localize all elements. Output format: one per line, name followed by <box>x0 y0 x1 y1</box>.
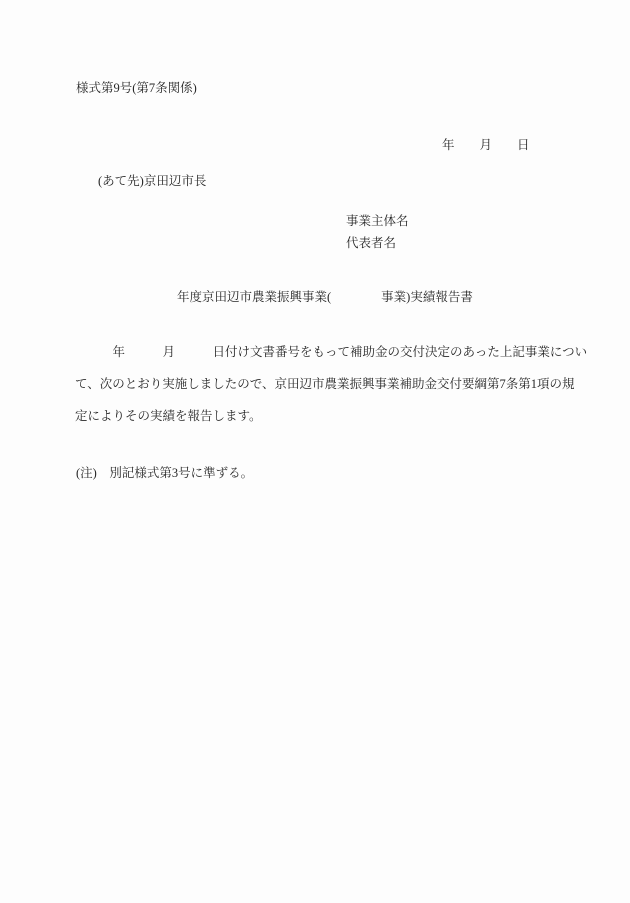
body-line-2: て、次のとおり実施しましたので、京田辺市農業振興事業補助金交付要綱第7条第1項の… <box>75 368 585 400</box>
note-line: (注) 別記様式第3号に準ずる。 <box>76 463 253 481</box>
body-paragraph: 年 月 日付け文書番号をもって補助金の交付決定のあった上記事業につい て、次のと… <box>75 336 585 432</box>
body-line-3: 定によりその実績を報告します。 <box>75 400 585 432</box>
document-title: 年度京田辺市農業振興事業( 事業)実績報告書 <box>177 287 473 305</box>
business-entity-label: 事業主体名 <box>346 211 409 229</box>
date-blank-line: 年 月 日 <box>442 135 530 153</box>
form-number: 様式第9号(第7条関係) <box>76 78 197 96</box>
document-page: 様式第9号(第7条関係) 年 月 日 (あて先)京田辺市長 事業主体名 代表者名… <box>0 0 630 903</box>
body-line-1: 年 月 日付け文書番号をもって補助金の交付決定のあった上記事業につい <box>75 336 585 368</box>
addressee-line: (あて先)京田辺市長 <box>98 171 206 189</box>
representative-name-label: 代表者名 <box>346 233 396 251</box>
